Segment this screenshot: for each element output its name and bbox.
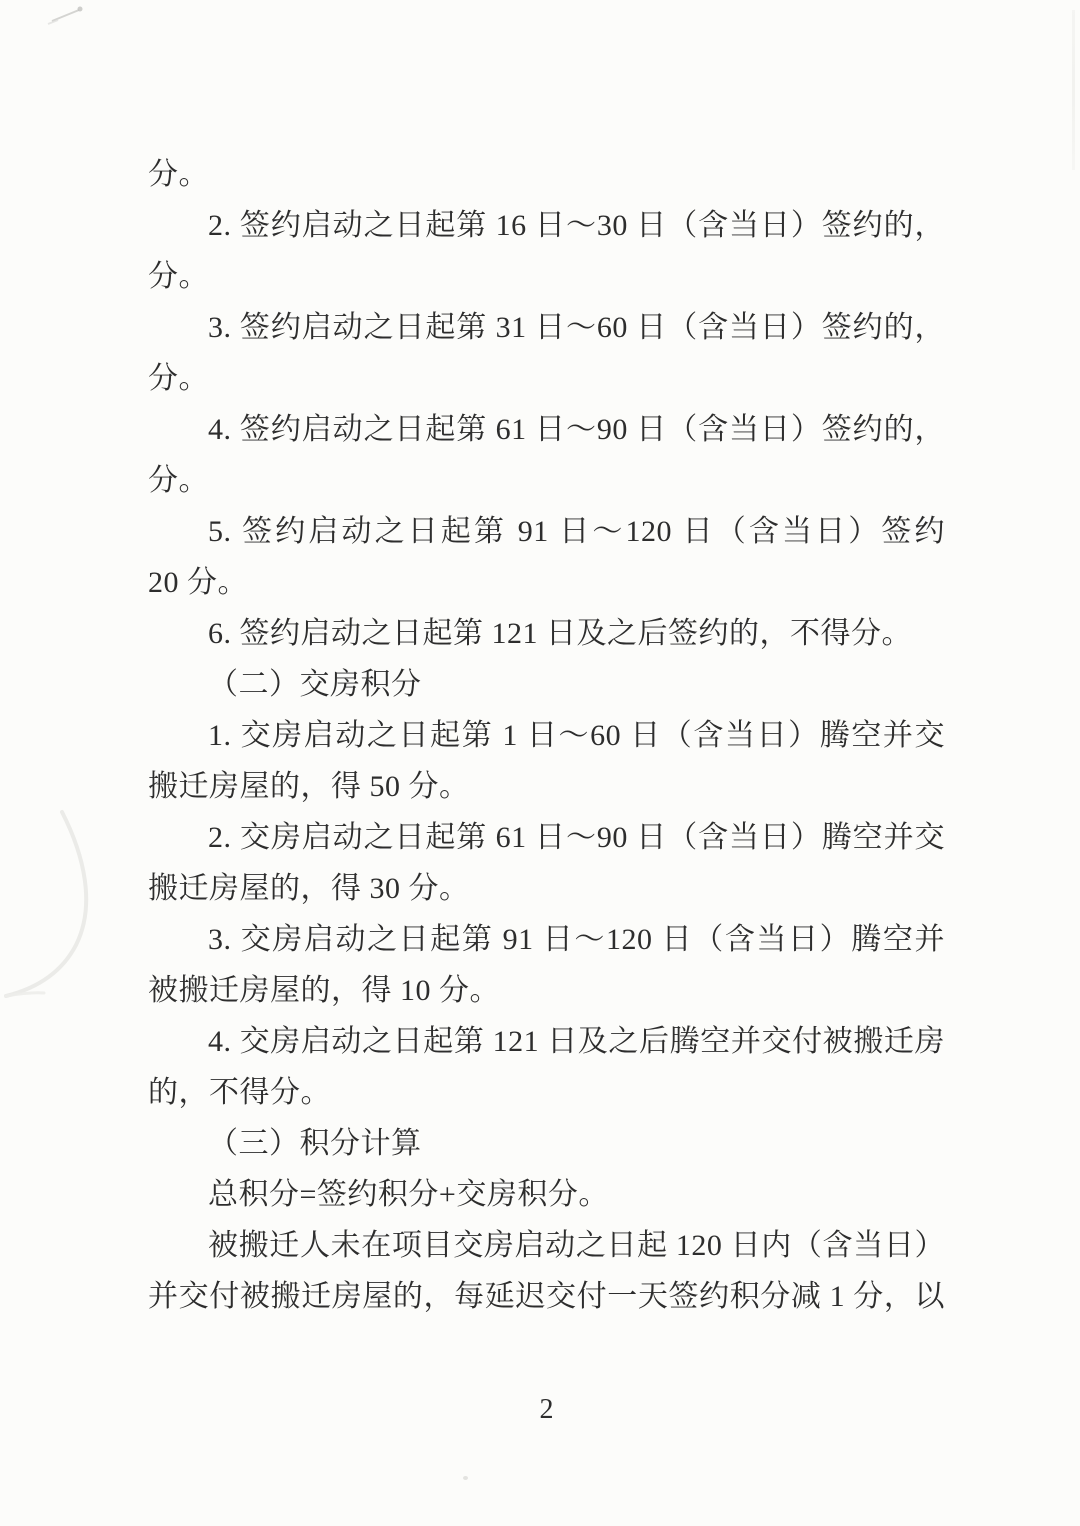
- text-line: 2. 交房启动之日起第 61 日～90 日（含当日）腾空并交付被: [148, 812, 945, 863]
- text-line: 分。: [148, 455, 945, 506]
- page-number: 2: [148, 1390, 945, 1430]
- text-line: 搬迁房屋的，得 30 分。: [148, 863, 945, 914]
- text-line: 被搬迁房屋的，得 10 分。: [148, 965, 945, 1016]
- text-line: （三）积分计算: [148, 1118, 945, 1169]
- scanned-document-page: 分。2. 签约启动之日起第 16 日～30 日（含当日）签约的，得 45分。3.…: [0, 0, 1080, 1526]
- text-line: 1. 交房启动之日起第 1 日～60 日（含当日）腾空并交付被: [148, 710, 945, 761]
- text-line: 20 分。: [148, 557, 945, 608]
- text-line: 总积分=签约积分+交房积分。: [148, 1169, 945, 1220]
- text-line: 分。: [148, 149, 945, 200]
- scan-speck-artifact: [463, 1476, 468, 1480]
- text-line: 4. 交房启动之日起第 121 日及之后腾空并交付被搬迁房屋: [148, 1016, 945, 1067]
- document-body: 分。2. 签约启动之日起第 16 日～30 日（含当日）签约的，得 45分。3.…: [148, 0, 945, 1322]
- text-line: 分。: [148, 353, 945, 404]
- text-line: 被搬迁人未在项目交房启动之日起 120 日内（含当日）腾空: [148, 1220, 945, 1271]
- text-line: 搬迁房屋的，得 50 分。: [148, 761, 945, 812]
- text-line: （二）交房积分: [148, 659, 945, 710]
- text-line: 分。: [148, 251, 945, 302]
- text-line: 2. 签约启动之日起第 16 日～30 日（含当日）签约的，得 45: [148, 200, 945, 251]
- text-line: 6. 签约启动之日起第 121 日及之后签约的，不得分。: [148, 608, 945, 659]
- text-line: 并交付被搬迁房屋的，每延迟交付一天签约积分减 1 分，以此类: [148, 1271, 945, 1322]
- text-line: 3. 签约启动之日起第 31 日～60 日（含当日）签约的，得 40: [148, 302, 945, 353]
- text-line: 5. 签约启动之日起第 91 日～120 日（含当日）签约的，得: [148, 506, 945, 557]
- scan-edge-artifact: [1072, 10, 1075, 170]
- pencil-mark-artifact: [0, 0, 120, 40]
- text-line: 的，不得分。: [148, 1067, 945, 1118]
- scan-smudge-artifact: [0, 790, 130, 1020]
- text-line: 3. 交房启动之日起第 91 日～120 日（含当日）腾空并交付: [148, 914, 945, 965]
- text-line: 4. 签约启动之日起第 61 日～90 日（含当日）签约的，得 30: [148, 404, 945, 455]
